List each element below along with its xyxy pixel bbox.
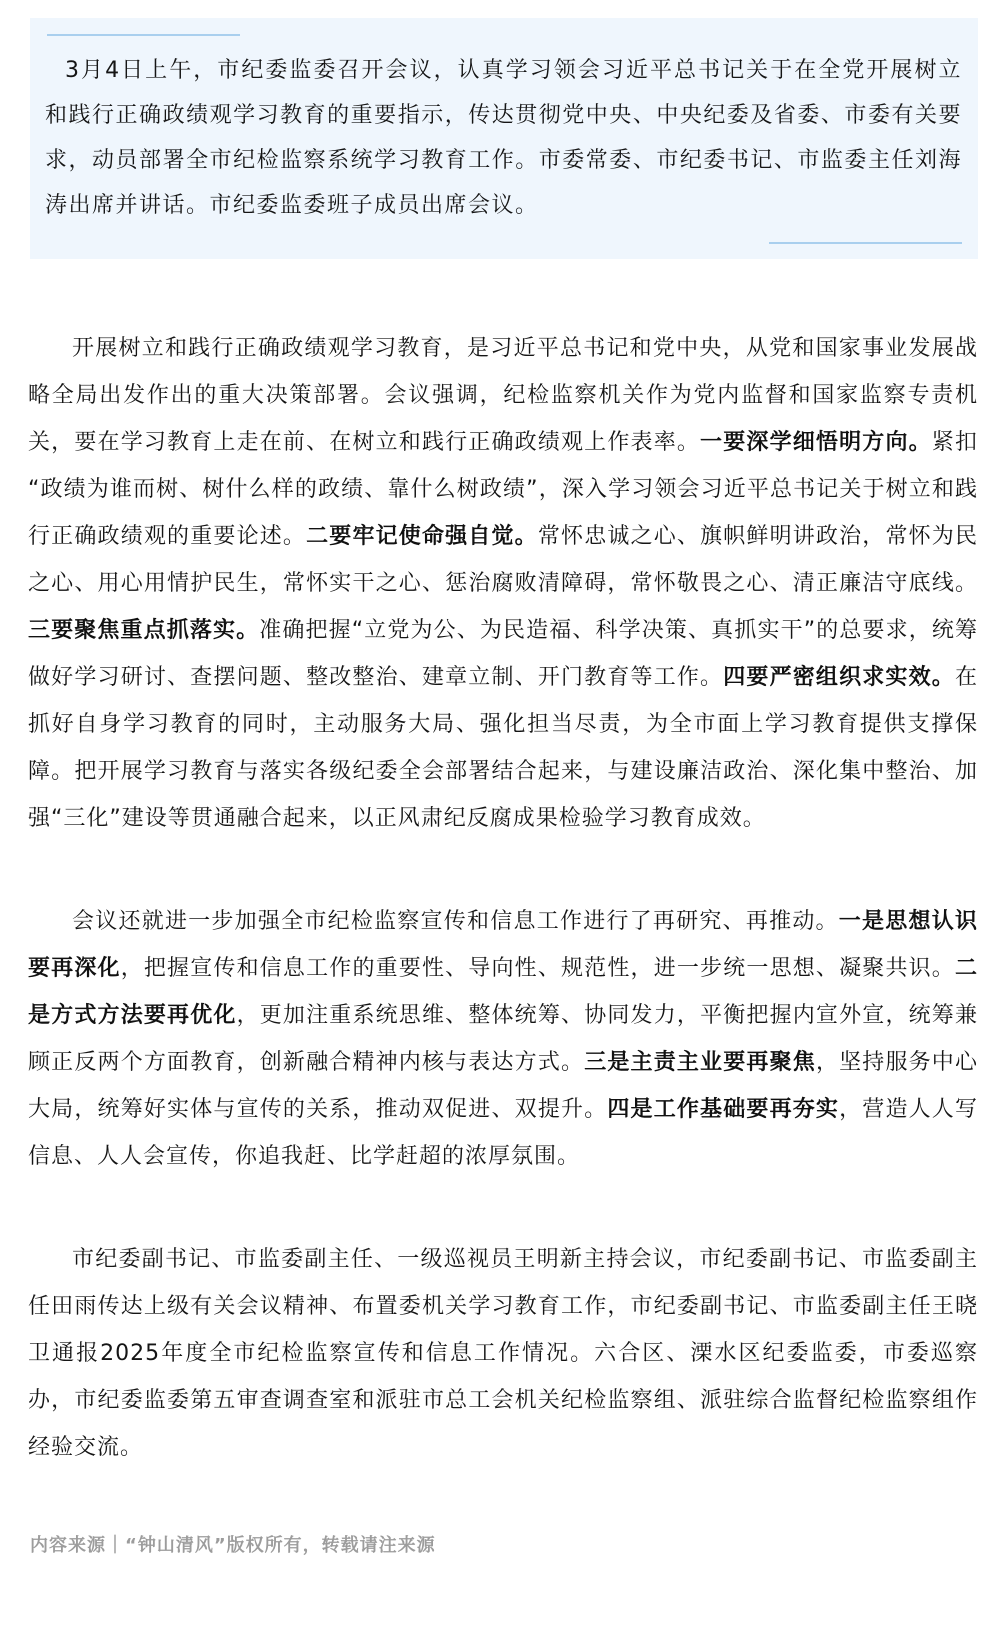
- article-paragraph-2: 会议还就进一步加强全市纪检监察宣传和信息工作进行了再研究、再推动。一是思想认识要…: [28, 898, 978, 1180]
- article-page: 3月4日上午，市纪委监委召开会议，认真学习领会习近平总书记关于在全党开展树立和践…: [0, 18, 1005, 1569]
- source-attribution: 内容来源｜“钟山清风”版权所有，转载请注来源: [30, 1533, 978, 1559]
- article-paragraph-3: 市纪委副书记、市监委副主任、一级巡视员王明新主持会议，市纪委副书记、市监委副主任…: [28, 1236, 978, 1471]
- intro-paragraph: 3月4日上午，市纪委监委召开会议，认真学习领会习近平总书记关于在全党开展树立和践…: [45, 48, 962, 228]
- intro-highlight-box: 3月4日上午，市纪委监委召开会议，认真学习领会习近平总书记关于在全党开展树立和践…: [30, 18, 978, 259]
- article-body: 开展树立和践行正确政绩观学习教育，是习近平总书记和党中央，从党和国家事业发展战略…: [0, 325, 1005, 1471]
- decorative-line-bottom: [769, 242, 962, 244]
- article-paragraph-1: 开展树立和践行正确政绩观学习教育，是习近平总书记和党中央，从党和国家事业发展战略…: [28, 325, 978, 842]
- decorative-line-top: [47, 34, 240, 36]
